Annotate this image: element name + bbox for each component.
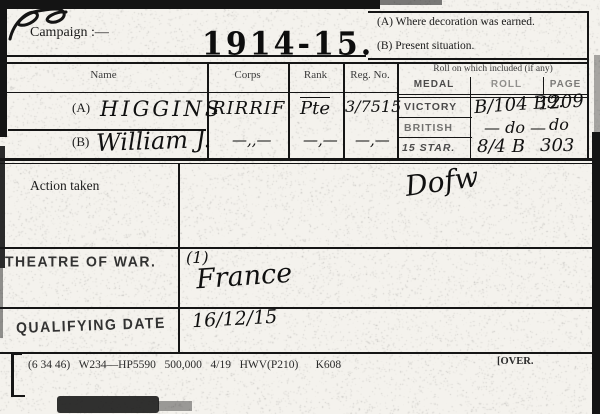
column-header-rank: Rank xyxy=(288,69,343,81)
scan-artifact-left-edge-mid xyxy=(0,146,5,268)
grid-line xyxy=(0,158,592,161)
grid-line xyxy=(0,352,592,354)
campaign-label: Campaign :— xyxy=(30,25,109,41)
qualifying-date-label: QUALIFYING DATE xyxy=(16,314,166,336)
column-header-page: PAGE xyxy=(543,79,588,90)
column-header-roll: ROLL xyxy=(470,79,543,90)
scan-artifact-right-edge-faint xyxy=(594,55,600,135)
grid-line xyxy=(398,137,472,138)
grid-line xyxy=(398,117,472,118)
corner-bracket xyxy=(11,395,25,397)
roll-section-title: Roll on which included (if any) xyxy=(398,64,588,74)
corps-ditto: —,,— xyxy=(232,131,272,149)
grid-line xyxy=(0,92,397,93)
scan-artifact-bottom-blot xyxy=(57,396,159,413)
medal-row-british-page: do xyxy=(549,115,569,134)
scan-artifact-top-fade xyxy=(372,0,442,5)
grid-line xyxy=(368,58,589,60)
over-label: [OVER. xyxy=(497,356,533,367)
medal-row-victory-label: VICTORY xyxy=(404,101,457,113)
grid-line xyxy=(178,163,180,352)
rank-value: Pte xyxy=(300,98,330,119)
reg-no-ditto: —,— xyxy=(355,131,390,149)
grid-line xyxy=(368,11,589,13)
medal-row-star-page: 303 xyxy=(540,135,574,156)
row-a-label: (A) xyxy=(72,100,90,116)
surname-value: HIGGINS xyxy=(100,97,222,121)
row-b-label: (B) xyxy=(72,134,89,150)
scan-artifact-right-edge xyxy=(592,132,600,414)
medal-row-british-roll: — do — xyxy=(484,118,546,137)
note-a: (A) Where decoration was earned. xyxy=(377,16,535,28)
qualifying-date-value: 16/12/15 xyxy=(191,306,277,332)
medal-row-victory-page: 1209 xyxy=(537,90,584,114)
medal-index-card: Campaign :— 1914-15. (A) Where decoratio… xyxy=(0,0,600,414)
note-b: (B) Present situation. xyxy=(377,40,474,52)
form-print-code: (6 34 46) W234—HP5590 500,000 4/19 HWV(P… xyxy=(28,359,341,371)
column-header-medal: MEDAL xyxy=(398,79,470,90)
reg-no-value: 3/7515 xyxy=(345,97,401,116)
grid-line xyxy=(0,163,592,164)
grid-line xyxy=(0,247,592,249)
scan-artifact-left-edge-lower xyxy=(0,268,3,338)
action-taken-label: Action taken xyxy=(30,178,99,194)
theatre-of-war-label: THEATRE OF WAR. xyxy=(5,252,156,269)
campaign-title: 1914-15. xyxy=(202,26,374,63)
medal-row-british-label: BRITISH xyxy=(404,122,453,134)
corner-bracket xyxy=(11,353,22,355)
medal-row-star-label: 15 STAR. xyxy=(402,142,455,154)
medal-row-star-roll: 8/4 B xyxy=(477,136,525,157)
corps-value: RIRRIF xyxy=(212,98,285,119)
action-taken-note: Dofw xyxy=(403,160,481,203)
column-header-name: Name xyxy=(0,69,207,81)
scan-artifact-bottom-blot-2 xyxy=(158,401,192,411)
column-header-reg-no: Reg. No. xyxy=(343,69,397,81)
forenames-value: William J. xyxy=(96,125,212,157)
column-header-corps: Corps xyxy=(207,69,288,81)
corner-bracket xyxy=(11,353,14,397)
grid-line xyxy=(0,307,592,309)
theatre-value: France xyxy=(195,258,293,296)
rank-ditto: —,— xyxy=(303,131,338,149)
